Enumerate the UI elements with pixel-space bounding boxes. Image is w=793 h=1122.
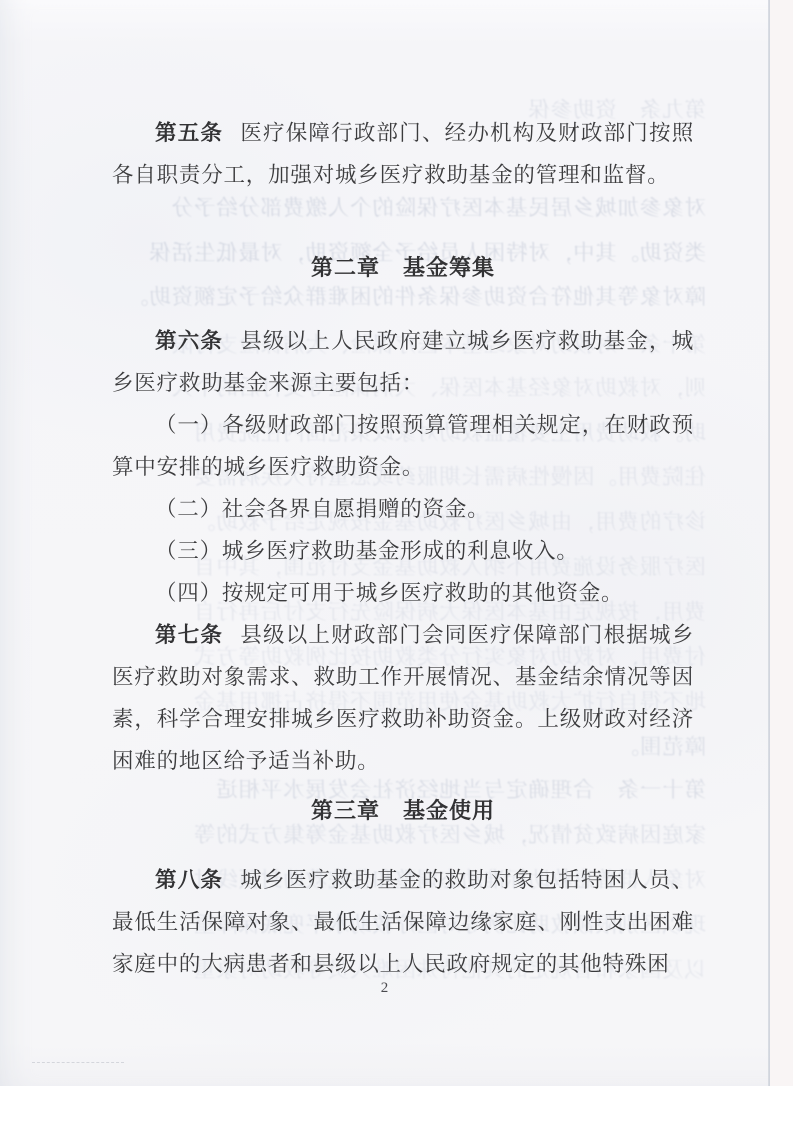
paper-background: 第九条 资助参保对象参加城乡居民基本医疗保险的个人缴费部分给予分类资助。其中，对… [0,0,793,1086]
scan-crease-line [768,0,770,1086]
page-number: 2 [0,980,769,997]
scan-edge-strip [770,0,793,1086]
scan-artifact-dashes [32,1062,124,1063]
article-number: 第七条 [155,623,223,647]
list-item-3: （三）城乡医疗救助基金形成的利息收入。 [112,530,694,572]
paragraph-article-7: 第七条县级以上财政部门会同医疗保障部门根据城乡医疗救助对象需求、救助工作开展情况… [112,614,694,782]
scanned-document-page: { "page": { "number": "2", "paper_color"… [0,0,793,1122]
paragraph-article-5: 第五条医疗保障行政部门、经办机构及财政部门按照各自职责分工，加强对城乡医疗救助基… [112,112,694,196]
list-item-4: （四）按规定可用于城乡医疗救助的其他资金。 [112,572,694,614]
list-item-2: （二）社会各界自愿捐赠的资金。 [112,488,694,530]
article-number: 第六条 [155,329,223,353]
document-body: 第五条医疗保障行政部门、经办机构及财政部门按照各自职责分工，加强对城乡医疗救助基… [112,112,694,985]
paragraph-article-8: 第八条城乡医疗救助基金的救助对象包括特困人员、最低生活保障对象、最低生活保障边缘… [112,859,694,985]
chapter-heading-2: 第二章 基金筹集 [112,247,694,289]
paragraph-article-6: 第六条县级以上人民政府建立城乡医疗救助基金，城乡医疗救助基金来源主要包括： [112,320,694,404]
article-number: 第八条 [155,868,223,892]
article-number: 第五条 [155,121,223,145]
list-item-1: （一）各级财政部门按照预算管理相关规定，在财政预算中安排的城乡医疗救助资金。 [112,404,694,488]
chapter-heading-3: 第三章 基金使用 [112,790,694,832]
